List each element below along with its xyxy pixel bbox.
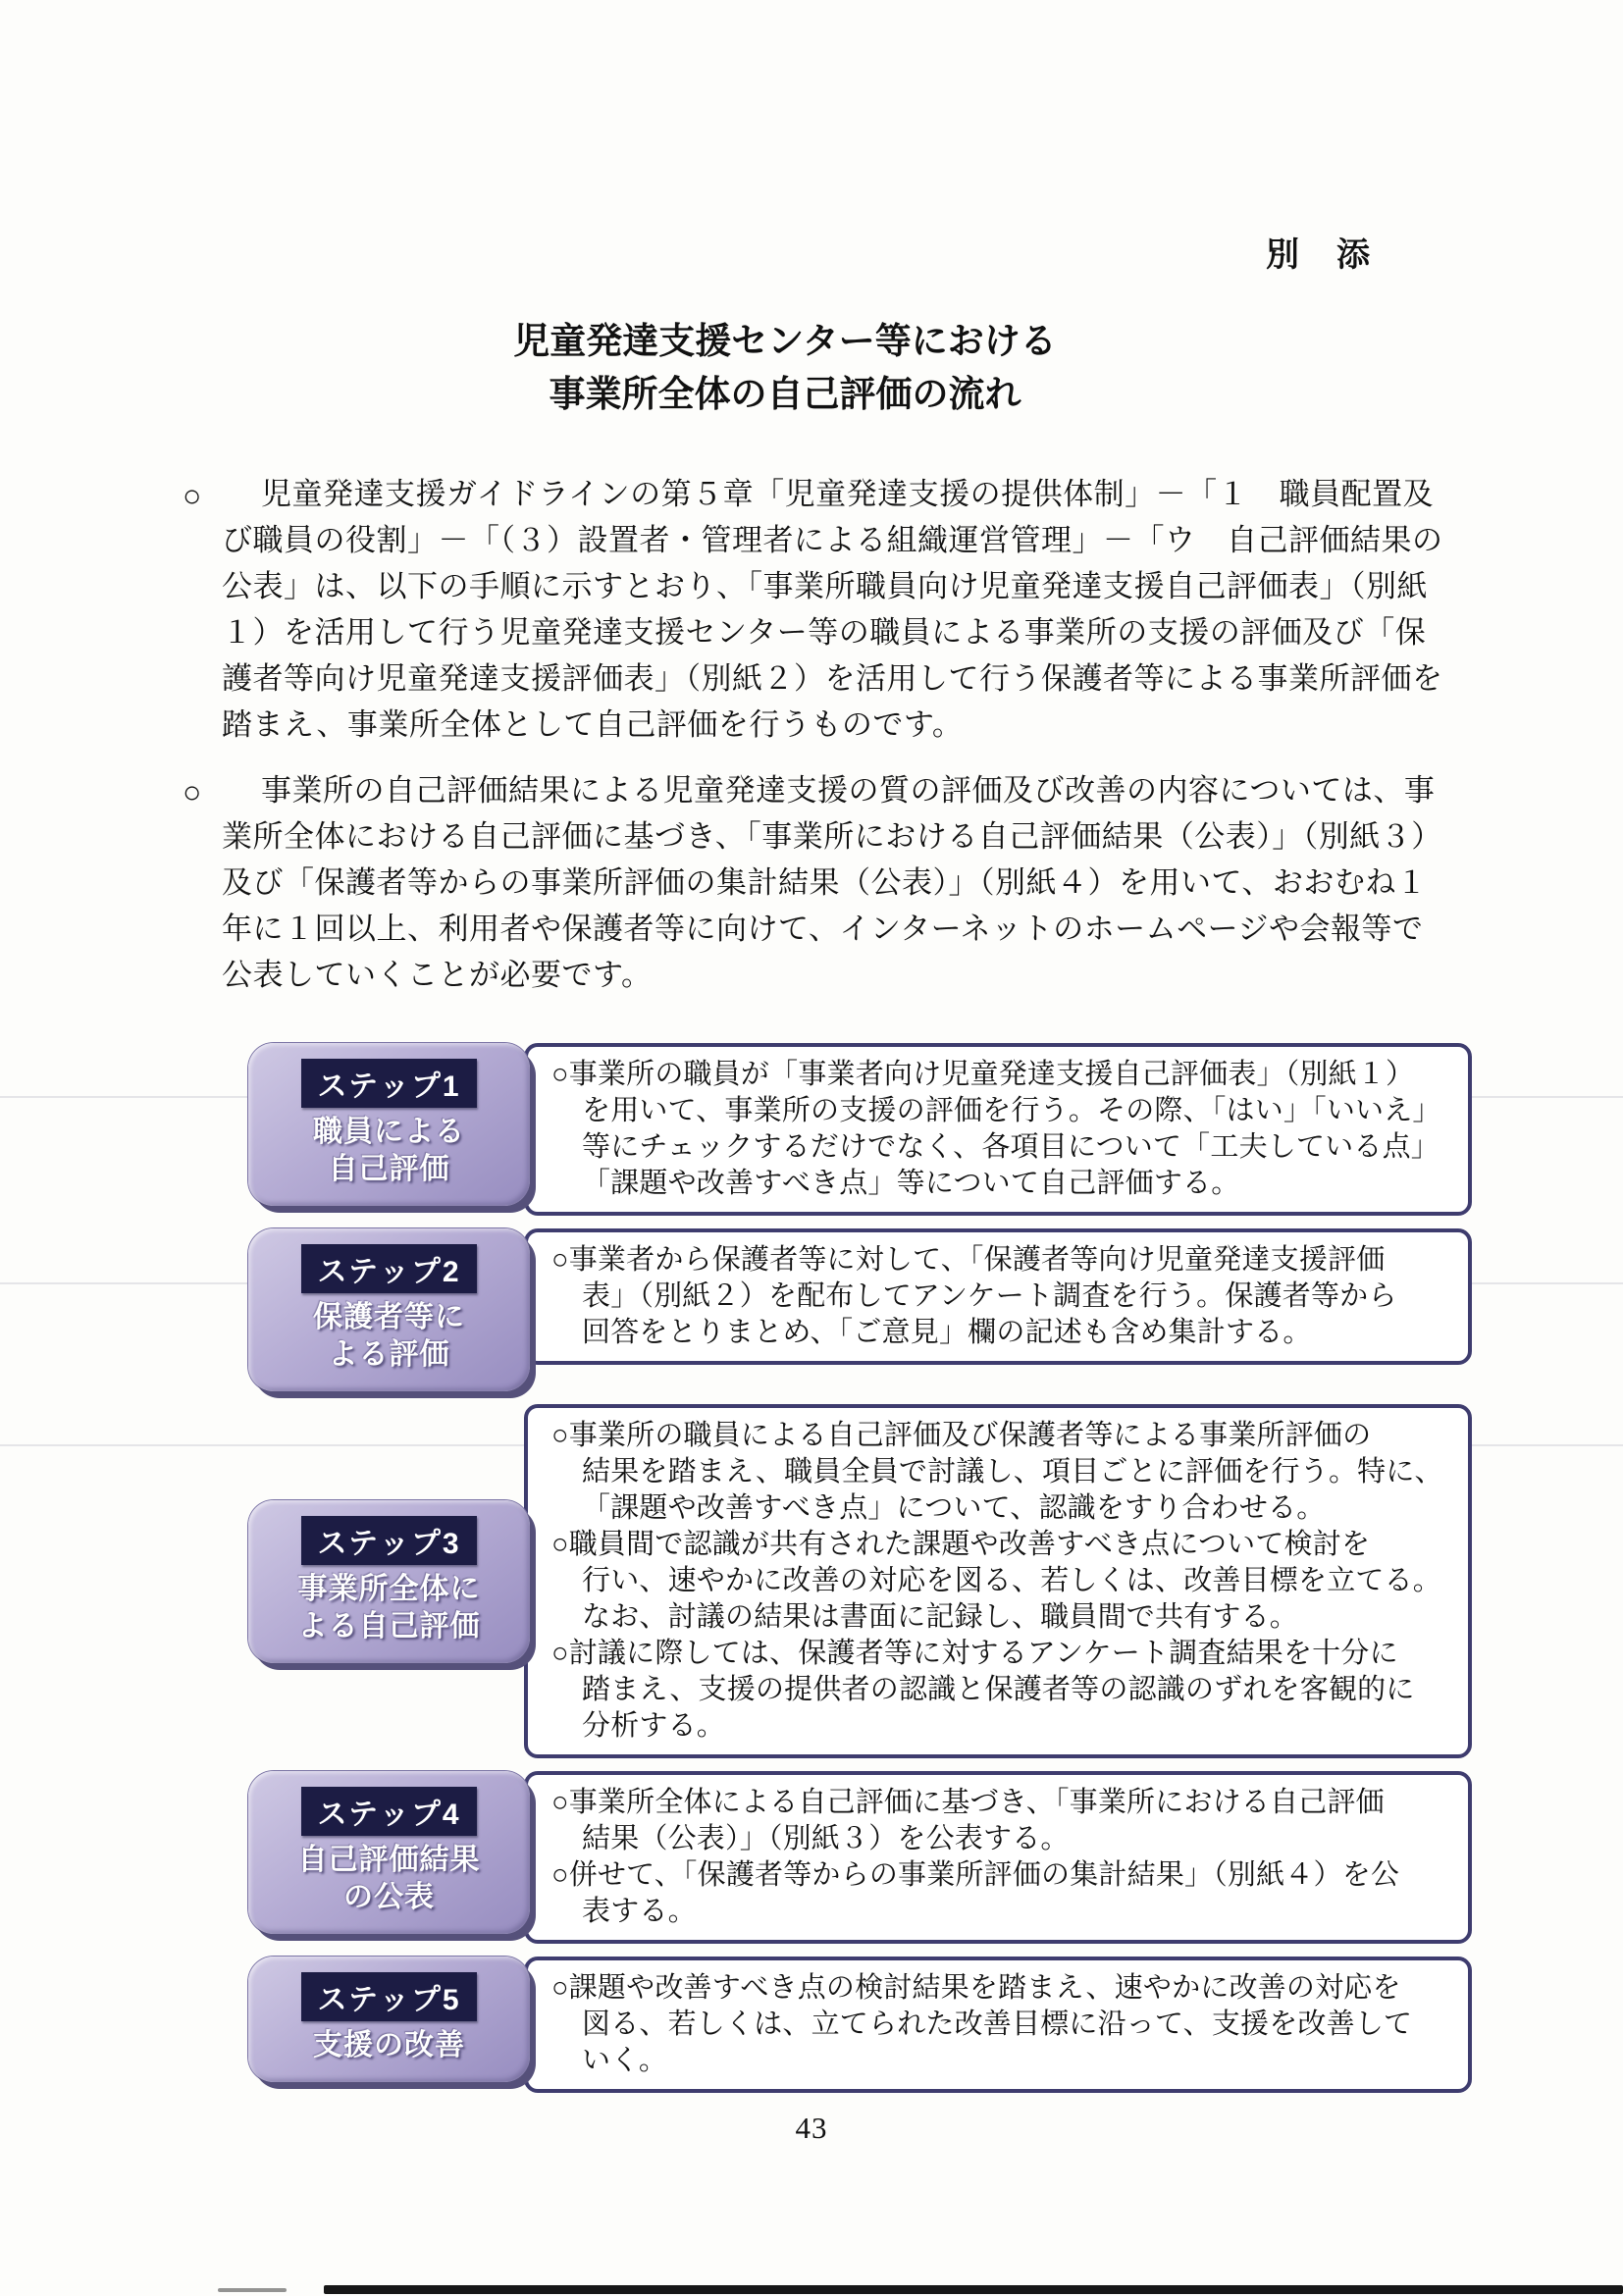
step3-item: ○事業所の職員による自己評価及び保護者等による事業所評価の 結果を踏まえ、職員全… [551, 1418, 1458, 1527]
step2-badge: ステップ2 [301, 1244, 476, 1293]
step4-item: ○事業所全体による自己評価に基づき、「事業所における自己評価 結果（公表）」（別… [551, 1785, 1458, 1857]
step5-button: ステップ5 支援の改善 [248, 1957, 530, 2082]
step-row-5: ステップ5 支援の改善 ○課題や改善すべき点の検討結果を踏まえ、速やかに改善の対… [248, 1957, 1472, 2093]
step3-label: 事業所全体に よる自己評価 [256, 1571, 522, 1645]
step3-button: ステップ3 事業所全体に よる自己評価 [248, 1500, 530, 1663]
step1-badge: ステップ1 [301, 1059, 476, 1108]
step5-badge: ステップ5 [301, 1972, 476, 2021]
step1-label: 職員による 自己評価 [256, 1114, 522, 1188]
step4-description-box: ○事業所全体による自己評価に基づき、「事業所における自己評価 結果（公表）」（別… [524, 1771, 1472, 1944]
paragraph: ○ 事業所の自己評価結果による児童発達支援の質の評価及び改善の内容については、事… [222, 767, 1446, 998]
step1-button: ステップ1 職員による 自己評価 [248, 1043, 530, 1206]
step4-button: ステップ4 自己評価結果 の公表 [248, 1771, 530, 1934]
step2-description-box: ○事業者から保護者等に対して、「保護者等向け児童発達支援評価 表」（別紙２）を配… [524, 1228, 1472, 1365]
page-title-line2: 事業所全体の自己評価の流れ [0, 369, 1570, 422]
step3-description-box: ○事業所の職員による自己評価及び保護者等による事業所評価の 結果を踏まえ、職員全… [524, 1404, 1472, 1758]
page-title-line1: 児童発達支援センター等における [0, 316, 1570, 369]
step-flow: ステップ1 職員による 自己評価 ○事業所の職員が「事業者向け児童発達支援自己評… [248, 1043, 1472, 2093]
step5-item: ○課題や改善すべき点の検討結果を踏まえ、速やかに改善の対応を 図る、若しくは、立… [551, 1970, 1458, 2079]
step1-description-box: ○事業所の職員が「事業者向け児童発達支援自己評価表」（別紙１） を用いて、事業所… [524, 1043, 1472, 1216]
document-page: 別 添 児童発達支援センター等における 事業所全体の自己評価の流れ ○ 児童発達… [0, 0, 1623, 2296]
body-paragraphs: ○ 児童発達支援ガイドラインの第５章「児童発達支援の提供体制」－「１ 職員配置及… [222, 471, 1446, 998]
step2-button: ステップ2 保護者等に よる評価 [248, 1228, 530, 1391]
step5-label: 支援の改善 [256, 2027, 522, 2064]
step5-description-box: ○課題や改善すべき点の検討結果を踏まえ、速やかに改善の対応を 図る、若しくは、立… [524, 1957, 1472, 2093]
step-row-4: ステップ4 自己評価結果 の公表 ○事業所全体による自己評価に基づき、「事業所に… [248, 1771, 1472, 1944]
step-row-3: ステップ3 事業所全体に よる自己評価 ○事業所の職員による自己評価及び保護者等… [248, 1404, 1472, 1758]
scan-artifact-bottom-bar [324, 2285, 1623, 2294]
step2-item: ○事業者から保護者等に対して、「保護者等向け児童発達支援評価 表」（別紙２）を配… [551, 1242, 1458, 1351]
corner-attachment-label: 別 添 [1266, 228, 1372, 276]
step4-badge: ステップ4 [301, 1787, 476, 1836]
step2-label: 保護者等に よる評価 [256, 1299, 522, 1374]
step1-item: ○事業所の職員が「事業者向け児童発達支援自己評価表」（別紙１） を用いて、事業所… [551, 1057, 1458, 1202]
paragraph-text: 児童発達支援ガイドラインの第５章「児童発達支援の提供体制」－「１ 職員配置及 び… [222, 471, 1446, 748]
paragraph-text: 事業所の自己評価結果による児童発達支援の質の評価及び改善の内容については、事 業… [222, 767, 1446, 998]
circle-bullet: ○ [183, 769, 201, 815]
step3-item: ○職員間で認識が共有された課題や改善すべき点について検討を 行い、速やかに改善の… [551, 1527, 1458, 1636]
step3-item: ○討議に際しては、保護者等に対するアンケート調査結果を十分に 踏まえ、支援の提供… [551, 1636, 1458, 1745]
circle-bullet: ○ [183, 473, 201, 519]
step4-label: 自己評価結果 の公表 [256, 1842, 522, 1916]
step4-item: ○併せて、「保護者等からの事業所評価の集計結果」（別紙４）を公 表する。 [551, 1857, 1458, 1930]
step-row-1: ステップ1 職員による 自己評価 ○事業所の職員が「事業者向け児童発達支援自己評… [248, 1043, 1472, 1216]
scan-artifact-smudge [218, 2288, 287, 2292]
page-title: 児童発達支援センター等における 事業所全体の自己評価の流れ [0, 316, 1570, 422]
step-row-2: ステップ2 保護者等に よる評価 ○事業者から保護者等に対して、「保護者等向け児… [248, 1228, 1472, 1391]
paragraph: ○ 児童発達支援ガイドラインの第５章「児童発達支援の提供体制」－「１ 職員配置及… [222, 471, 1446, 748]
step3-badge: ステップ3 [301, 1516, 476, 1565]
page-number: 43 [0, 2111, 1623, 2146]
